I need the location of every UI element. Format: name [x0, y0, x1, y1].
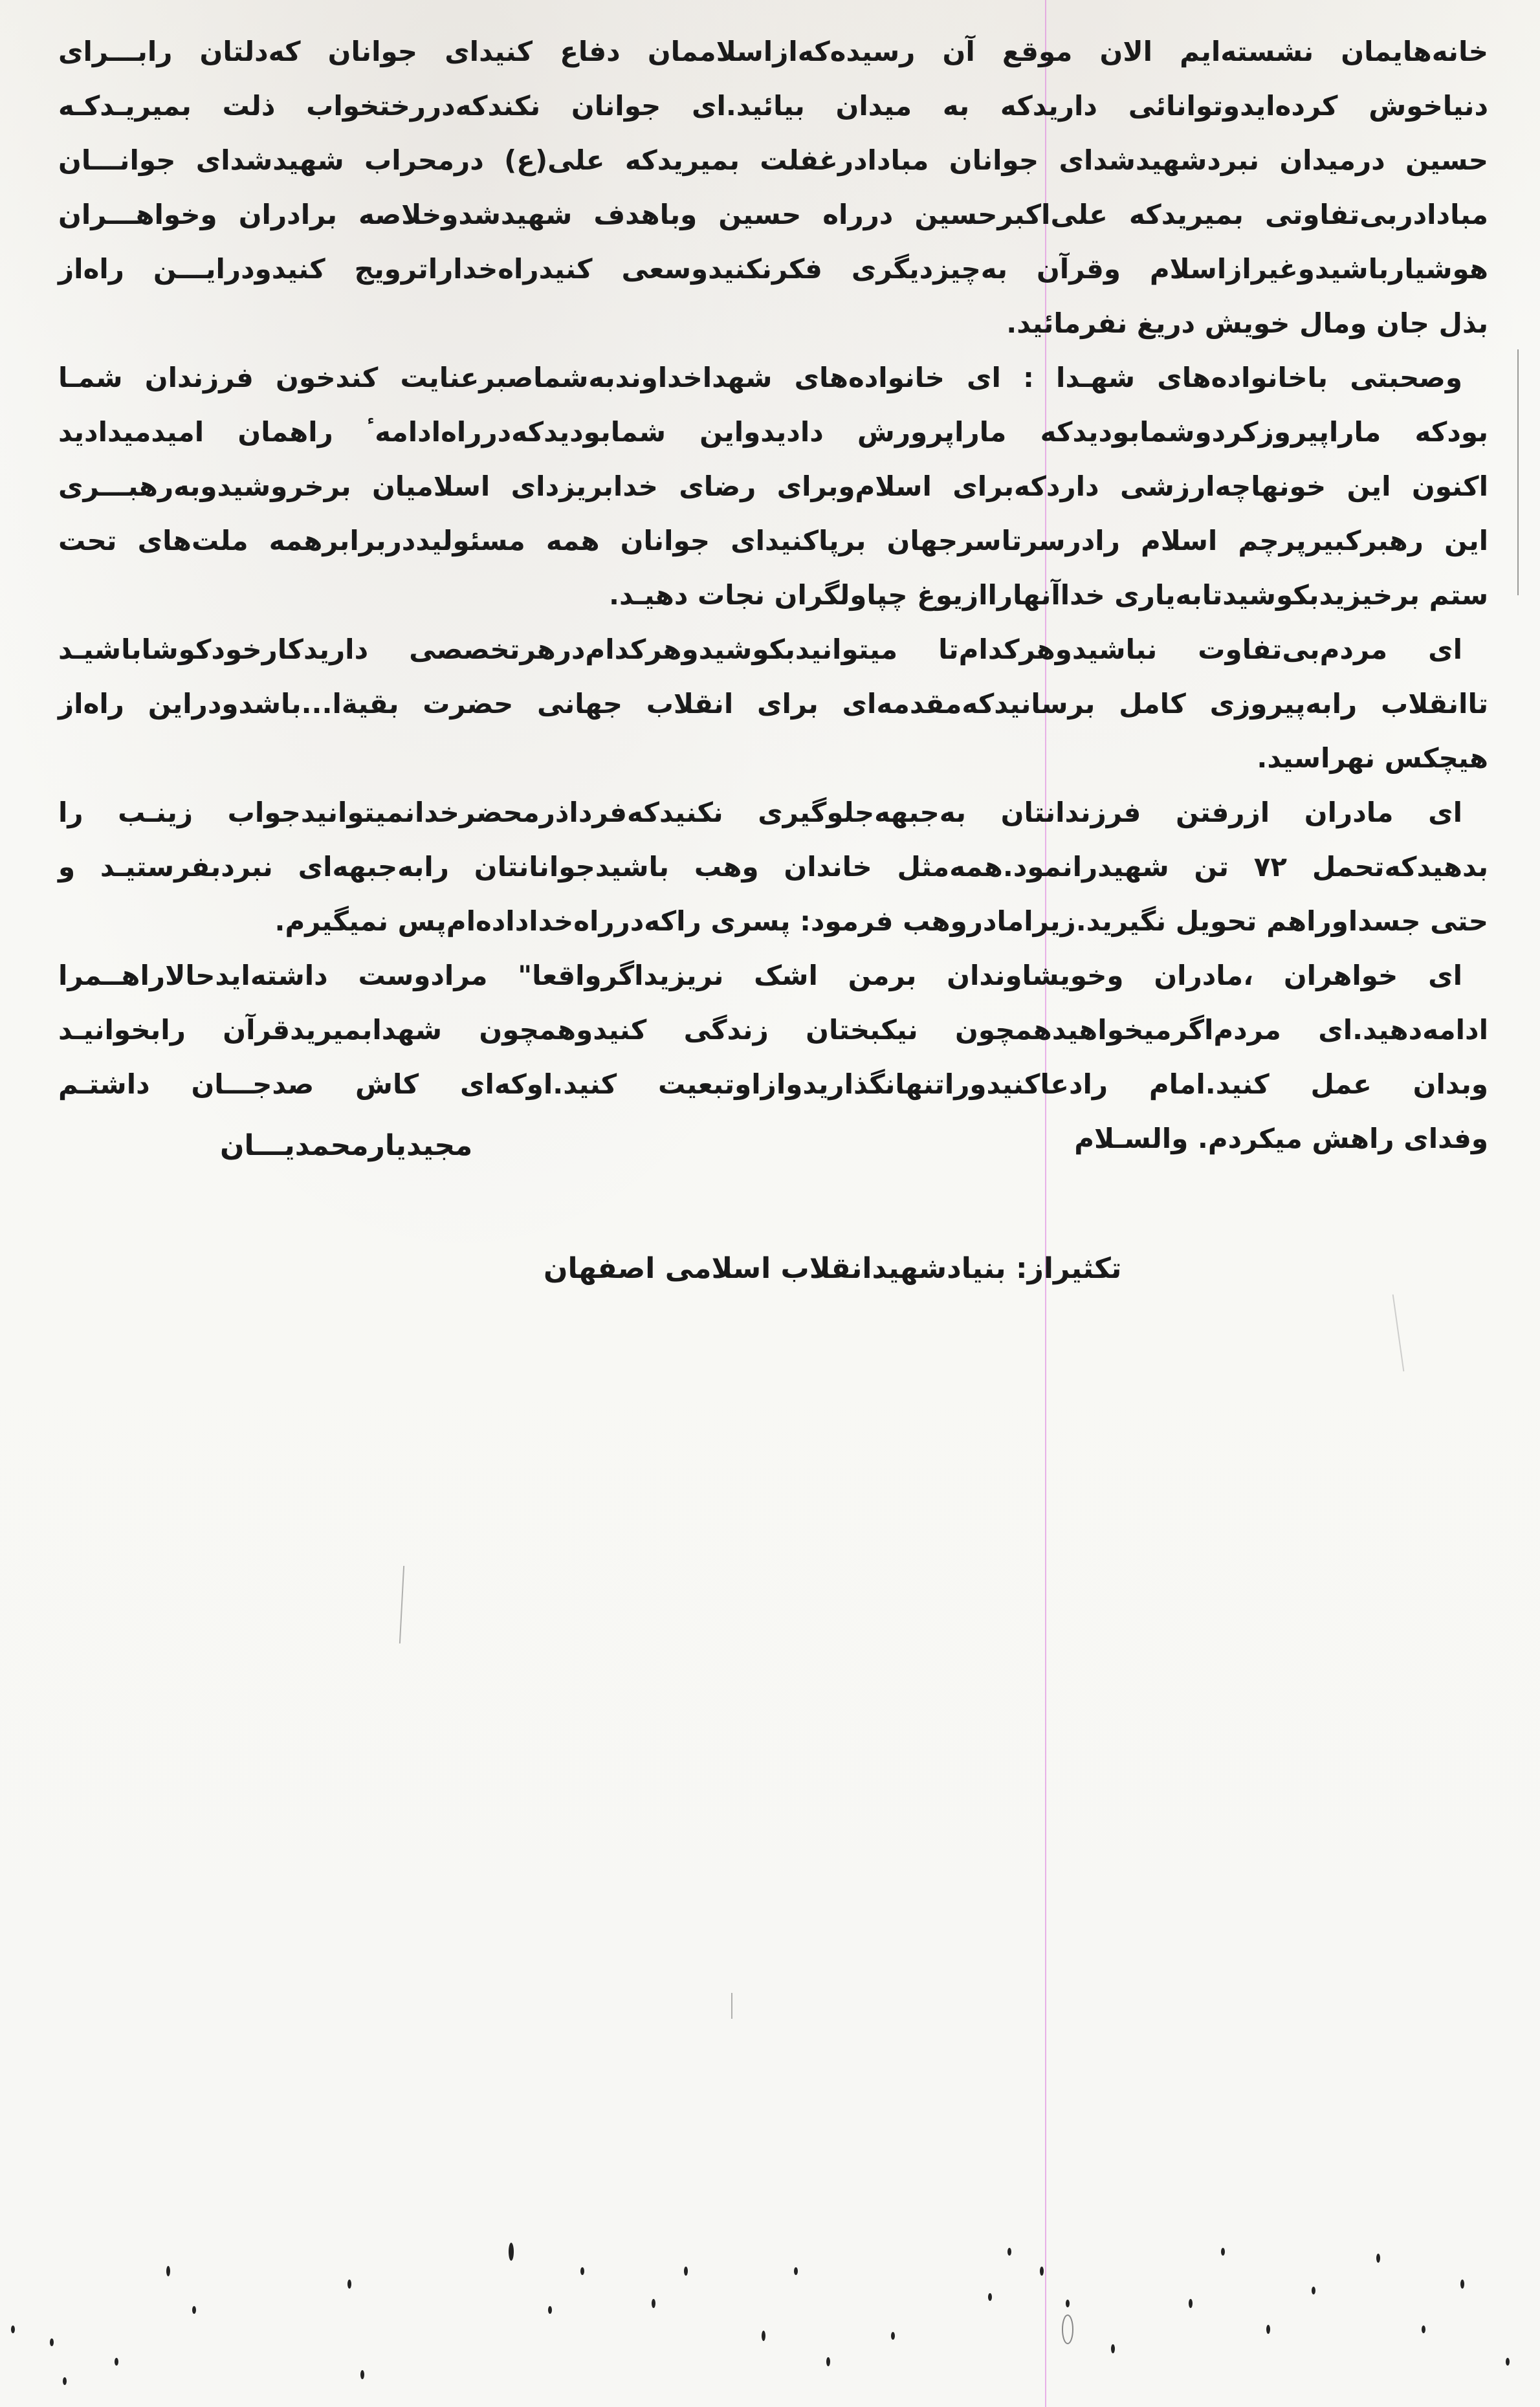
body-line: بذل جان ومال خویش دریغ نفرمائید. — [58, 296, 1488, 351]
scan-scratch — [731, 1993, 732, 2019]
body-line: مبادادربی‌تفاوتی بمیریدکه علی‌اکبرحسین د… — [58, 188, 1488, 242]
body-line: وصحبتی باخانواده‌های شهـدا : ای خانواده‌… — [58, 351, 1488, 405]
body-line: ای مردم‌بی‌تفاوت نباشیدوهرکدام‌تا میتوان… — [58, 622, 1488, 677]
body-line: وبدان عمل کنید.امام رادعاکنیدوراتنهانگذا… — [58, 1057, 1488, 1112]
body-line: ای مادران ازرفتن فرزندانتان به‌جبهه‌جلوگ… — [58, 786, 1488, 840]
letter-body: خانه‌هایمان نشسته‌ایم الان موقع آن رسیده… — [58, 25, 1488, 1166]
edge-mark — [1517, 349, 1519, 595]
body-line: این رهبرکبیرپرچم اسلام رادرسرتاسرجهان بر… — [58, 514, 1488, 568]
body-line: ادامه‌دهید.ای مردم‌اگرمیخواهیدهمچون نیکب… — [58, 1003, 1488, 1057]
body-line: اکنون این خونهاچه‌ارزشی داردکه‌برای اسلا… — [58, 459, 1488, 514]
footer-credit: تکثیراز: بنیادشهیدانقلاب اسلامی اصفهان — [544, 1252, 1121, 1285]
body-line: هیچکس نهراسید. — [58, 731, 1488, 786]
body-line: ستم برخیزیدبکوشیدتابه‌یاری خداآنهاراازیو… — [58, 568, 1488, 622]
signature: مجیدیارمحمدیـــان — [220, 1129, 472, 1162]
body-line: بودکه ماراپیروزکردوشمابودیدکه ماراپرورش … — [58, 405, 1488, 459]
body-line: دنیاخوش کرده‌ایدوتوانائی داریدکه به میدا… — [58, 79, 1488, 133]
scan-speckles — [0, 2232, 1540, 2407]
body-line: تاانقلاب رابه‌پیروزی کامل برسانیدکه‌مقدم… — [58, 677, 1488, 731]
body-line: هوشیارباشیدوغیرازاسلام وقرآن به‌چیزدیگری… — [58, 242, 1488, 296]
body-line: حسین درمیدان نبردشهیدشدای جوانان مبادادر… — [58, 133, 1488, 188]
body-line: ای خواهران ،مادران وخویشاوندان برمن اشک … — [58, 949, 1488, 1003]
body-line: خانه‌هایمان نشسته‌ایم الان موقع آن رسیده… — [58, 25, 1488, 79]
body-line: حتی جسداوراهم تحویل نگیرید.زیرامادروهب ف… — [58, 894, 1488, 949]
body-line: بدهیدکه‌تحمل ۷۲ تن شهیدرانمود.همه‌مثل خا… — [58, 840, 1488, 894]
